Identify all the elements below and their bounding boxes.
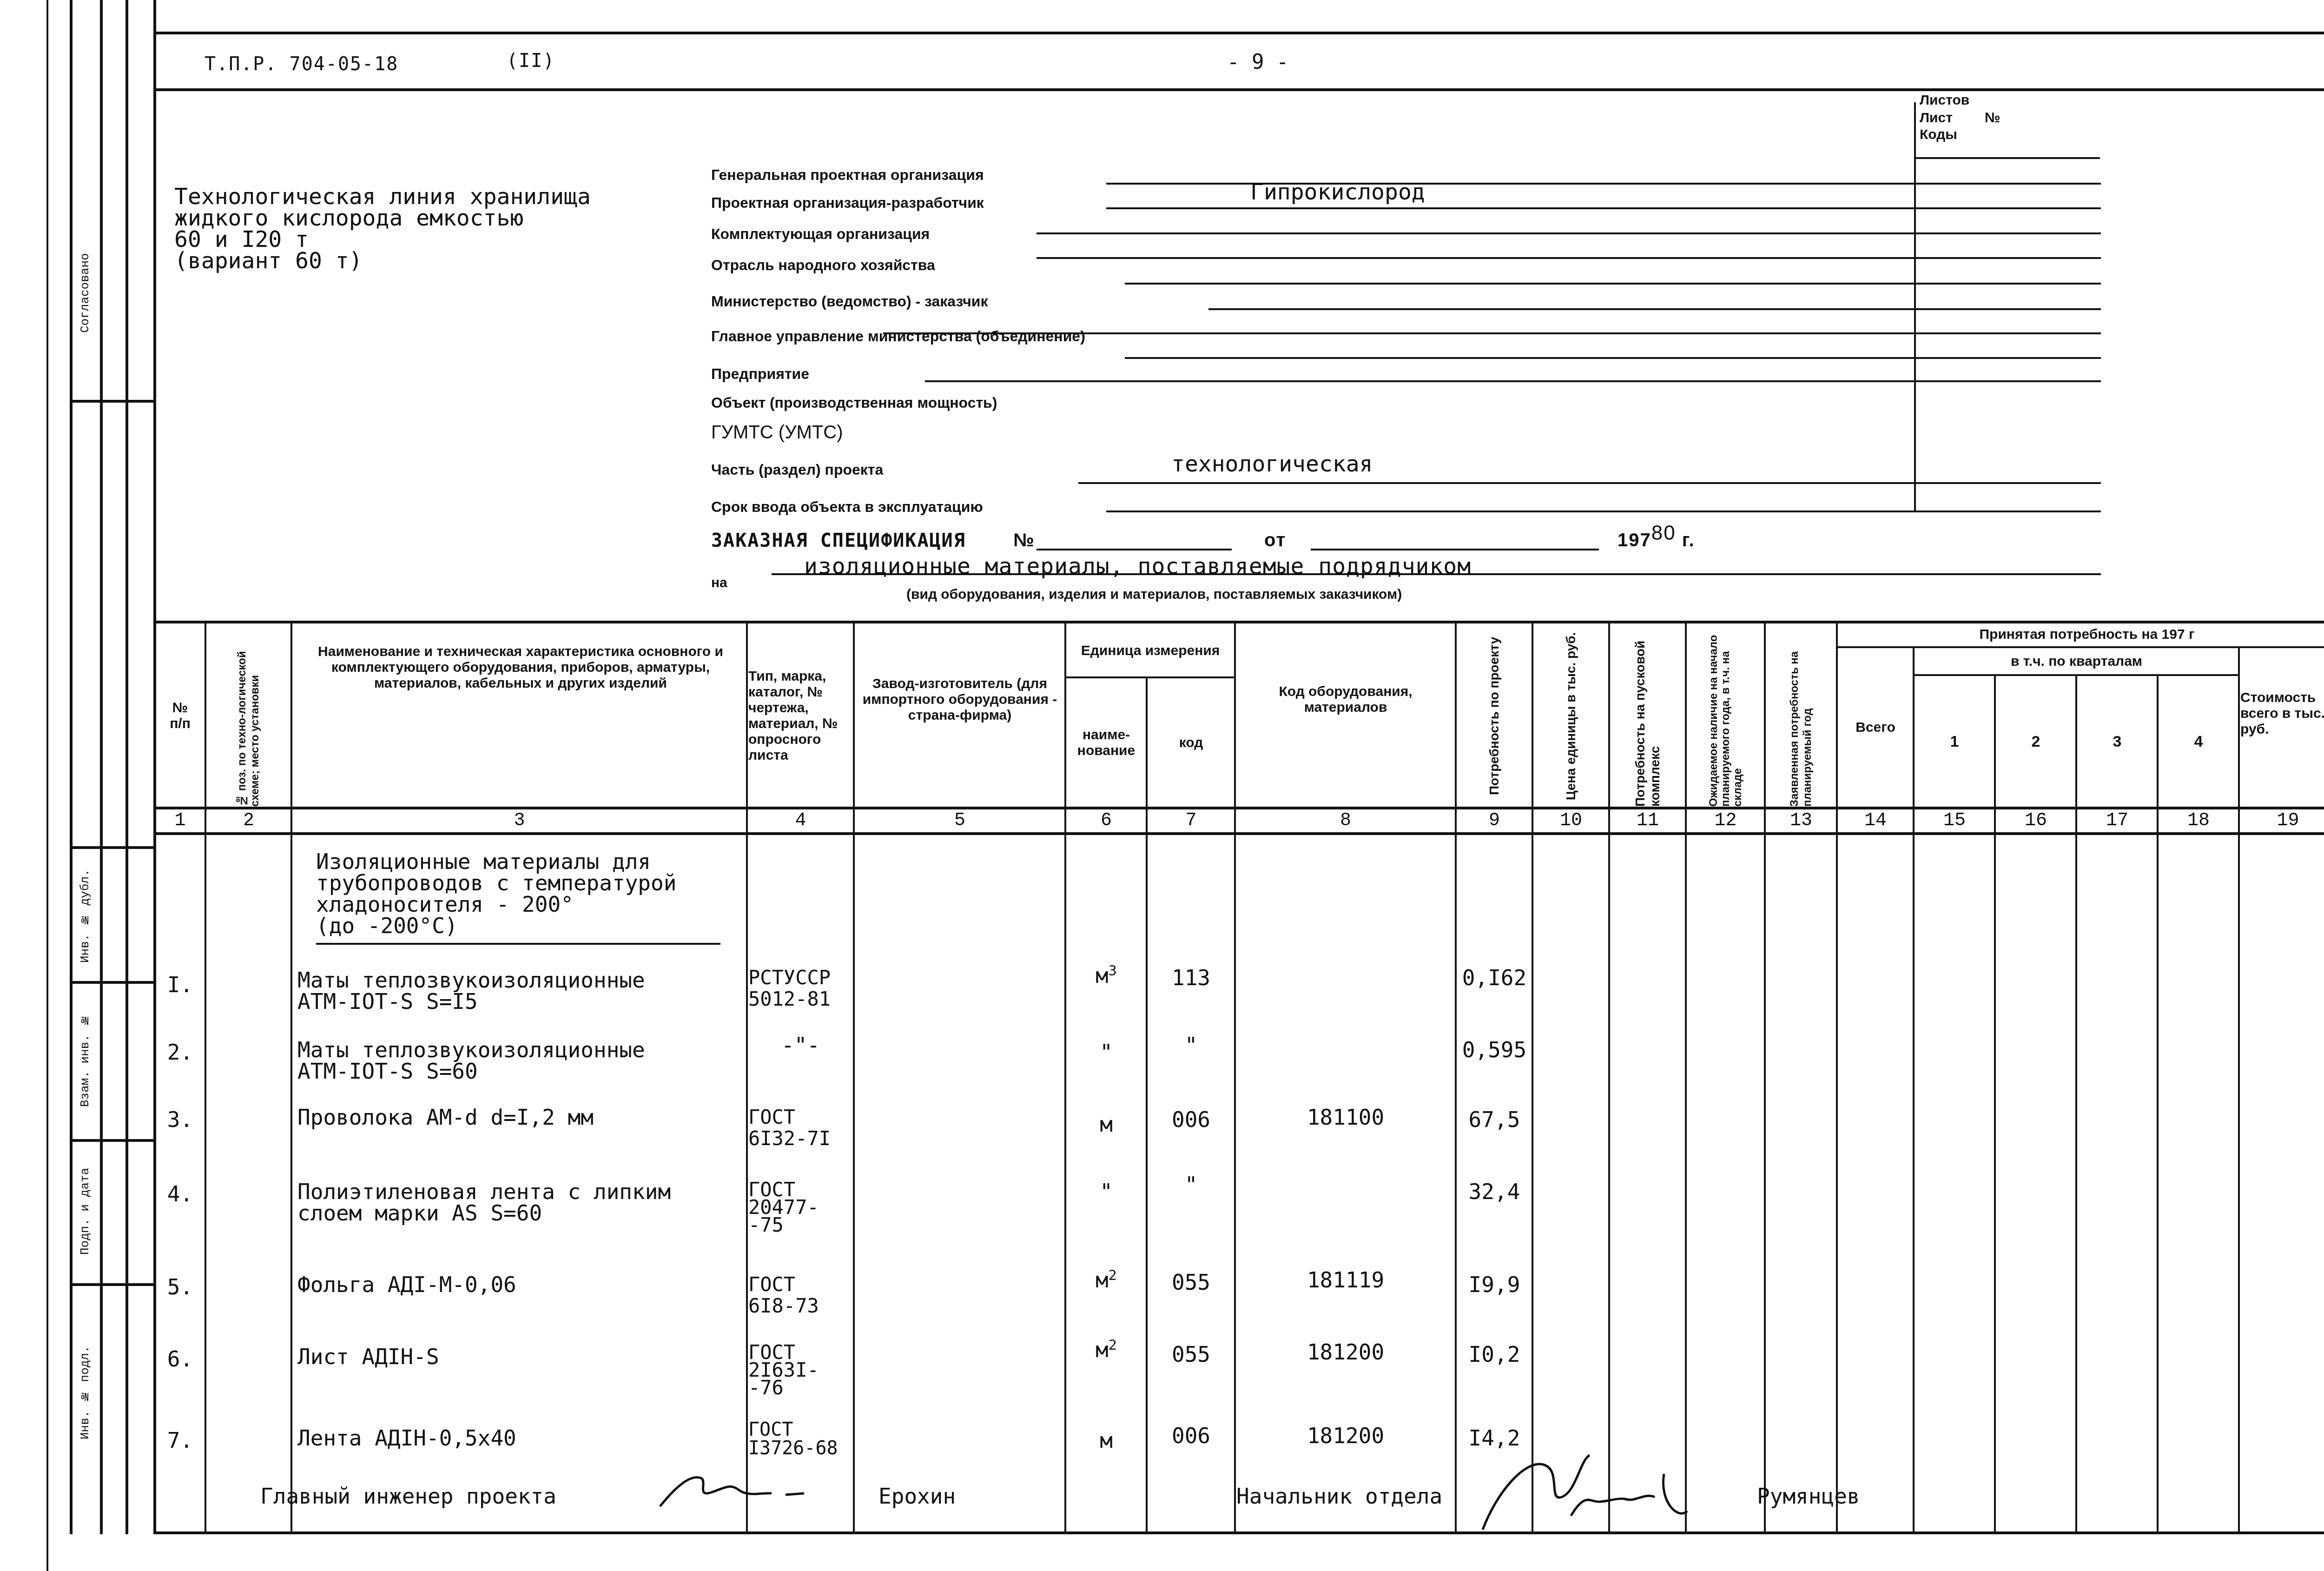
spec-subject: изоляционные материалы, поставляемые под… — [804, 553, 1471, 579]
colnum: 2 — [207, 808, 290, 834]
spec-year-suffix: 80 — [1651, 522, 1676, 544]
th-quarter-4: 4 — [2159, 676, 2238, 807]
th-material-code: Код оборудования, материалов — [1236, 625, 1455, 774]
row-unit: " — [1067, 1041, 1146, 1063]
row-name: Фольга АДI-М-0,06 — [297, 1274, 744, 1295]
colnum: 4 — [748, 808, 853, 834]
margin-divider — [70, 400, 153, 403]
colnum: 10 — [1534, 808, 1608, 834]
req-value-project-part: технологическая — [1171, 451, 1373, 477]
col-rule — [1532, 621, 1533, 1532]
col-rule — [1146, 676, 1148, 1532]
col-rule — [853, 621, 855, 1532]
spec-na-label: на — [711, 575, 727, 591]
margin-line — [125, 0, 128, 1534]
spec-subject-hint: (вид оборудования, изделия и материалов,… — [906, 587, 1402, 603]
req-line — [1106, 207, 2101, 209]
req-label-gumts: ГУМТС (УМТС) — [711, 422, 843, 443]
th-total-cost: Стоимость всего в тыс. руб. — [2240, 649, 2324, 779]
row-name: Лист АДIН-S — [297, 1346, 744, 1367]
col-rule — [2238, 646, 2240, 1532]
row-number: 6. — [156, 1348, 205, 1370]
row-unit: м — [1067, 1430, 1146, 1451]
th-total: Всего — [1838, 649, 1913, 807]
col-rule — [746, 621, 748, 1532]
sheet-box-line — [1914, 157, 2100, 159]
col-rule — [1455, 621, 1457, 1532]
row-unit: м2 — [1067, 1269, 1146, 1291]
margin-cell-original-inv: Инв. № подл. — [70, 1283, 100, 1502]
row-number: 7. — [156, 1430, 205, 1451]
colnum: 7 — [1148, 808, 1234, 834]
colnum: 5 — [855, 808, 1064, 834]
unit-name: " — [1100, 1040, 1113, 1065]
req-label-main-dept: Главное управление министерства (объедин… — [711, 328, 1085, 345]
sheet-number-sign: № — [1985, 111, 2000, 126]
codes-label: Коды — [1920, 127, 1957, 142]
col-rule — [1764, 621, 1766, 1532]
col-rule — [2157, 674, 2159, 1532]
margin-line — [46, 0, 48, 1571]
colnum: 13 — [1766, 808, 1836, 834]
row-type: РСТУССР 5012-81 — [748, 967, 853, 1010]
th-row-number: № п/п — [156, 625, 205, 807]
unit-power: 2 — [1109, 1267, 1117, 1284]
row-qty: 0,595 — [1457, 1039, 1532, 1061]
th-quarter-1: 1 — [1915, 676, 1994, 807]
colnum: 18 — [2159, 808, 2238, 834]
colnum: 19 — [2240, 808, 2324, 834]
col-rule — [290, 621, 292, 1532]
frame-bottom — [153, 1531, 2324, 1534]
row-number: 3. — [156, 1109, 205, 1130]
frame-top — [153, 32, 2324, 34]
row-qty: 0,I62 — [1457, 967, 1532, 988]
unit-name: м — [1100, 1428, 1113, 1453]
document-code: Т.П.Р. 704-05-18 — [205, 53, 398, 75]
row-unit-code: 055 — [1148, 1344, 1234, 1365]
req-label-completing-org: Комплектующая организация — [711, 225, 930, 243]
sheets-count-label: Листов — [1920, 93, 1969, 108]
unit-name: м — [1096, 1337, 1109, 1362]
th-unit-name: наиме-нование — [1067, 679, 1146, 807]
req-line — [925, 380, 2101, 382]
unit-group-rule — [1064, 676, 1234, 678]
req-line — [1106, 510, 2101, 512]
colnum: 6 — [1067, 808, 1146, 834]
th-manufacturer: Завод-изготовитель (для импортного обору… — [855, 625, 1064, 774]
chief-engineer-signature-icon — [651, 1465, 837, 1520]
row-material-code: 181200 — [1236, 1341, 1455, 1363]
th-quarter-2: 2 — [1996, 676, 2075, 807]
req-line — [1208, 308, 2101, 310]
section-heading: Изоляционные материалы для трубопроводов… — [316, 851, 734, 936]
row-unit-code: 006 — [1148, 1109, 1234, 1130]
req-line — [883, 332, 2101, 334]
row-unit: " — [1067, 1181, 1146, 1202]
th-unit-price: Цена единицы в тыс. руб. — [1534, 625, 1608, 807]
spec-subject-line — [772, 573, 2101, 575]
row-unit-code: " — [1148, 1034, 1234, 1056]
row-name: Маты теплозвукоизоляционные АТМ-IOT-S S=… — [297, 969, 744, 1012]
sheet-box-divider — [1914, 102, 1916, 511]
req-line — [1125, 283, 2101, 285]
unit-name: м — [1100, 1112, 1113, 1137]
row-qty: I0,2 — [1457, 1344, 1532, 1365]
margin-divider — [70, 981, 153, 984]
col-rule — [1064, 621, 1066, 1532]
req-label-general-org: Генеральная проектная организация — [711, 166, 984, 184]
row-number: 5. — [156, 1276, 205, 1298]
row-name: Полиэтиленовая лента с липким слоем марк… — [297, 1181, 744, 1224]
spec-number-field[interactable] — [1037, 549, 1232, 550]
req-line — [1125, 357, 2101, 359]
margin-cell-replaced-inv: Взам. инв. № — [70, 981, 100, 1139]
document-title: Технологическая линия хранилища жидкого … — [174, 186, 591, 272]
row-qty: 67,5 — [1457, 1109, 1532, 1130]
colnum: 1 — [156, 808, 205, 834]
colnum: 8 — [1236, 808, 1455, 834]
section-heading-underline — [316, 943, 720, 945]
req-label-ministry: Министерство (ведомство) - заказчик — [711, 293, 988, 310]
dept-head-signature-icon — [1469, 1446, 1748, 1534]
colnum: 17 — [2078, 808, 2157, 834]
row-name: Проволока АМ-d d=I,2 мм — [297, 1107, 744, 1128]
chief-engineer-label: Главный инженер проекта — [260, 1485, 556, 1507]
spec-number-sign: № — [1013, 530, 1035, 551]
col-rule — [1608, 621, 1610, 1532]
unit-power: 3 — [1109, 963, 1117, 979]
th-accepted-group: Принятая потребность на 197 г — [1838, 623, 2324, 646]
th-unit-code: код — [1148, 679, 1234, 807]
row-material-code: 181200 — [1236, 1425, 1455, 1446]
row-unit-code: 055 — [1148, 1272, 1234, 1293]
colnum: 3 — [293, 808, 746, 834]
col-rule — [205, 621, 206, 1532]
th-startup-need: Потребность на пусковой комплекс — [1611, 625, 1685, 807]
spec-year-unit: г. — [1682, 530, 1695, 550]
spec-title: ЗАКАЗНАЯ СПЕЦИФИКАЦИЯ — [711, 530, 966, 551]
spec-from-label: от — [1264, 530, 1286, 551]
th-name: Наименование и техническая характеристик… — [297, 625, 744, 793]
row-material-code: 181119 — [1236, 1269, 1455, 1291]
row-material-code: 181100 — [1236, 1107, 1455, 1128]
th-expected-stock: Ожидаемое наличие на начало планируемого… — [1687, 625, 1764, 807]
req-line — [1037, 232, 2101, 234]
req-label-enterprise: Предприятие — [711, 365, 809, 383]
row-unit-code: 006 — [1148, 1425, 1234, 1446]
spec-year-prefix: 197 — [1618, 530, 1651, 550]
document-mark: (II) — [507, 50, 555, 72]
row-type: ГОСТ 2I63I- -76 — [748, 1344, 853, 1397]
row-unit-code: " — [1148, 1174, 1234, 1195]
sheet-label: Лист — [1920, 111, 1953, 126]
row-qty: I9,9 — [1457, 1274, 1532, 1295]
spec-year: 19780 г. — [1618, 530, 1695, 551]
chief-engineer-name: Ерохин — [878, 1485, 956, 1507]
margin-divider — [70, 846, 153, 849]
req-label-object: Объект (производственная мощность) — [711, 394, 997, 411]
row-number: I. — [156, 974, 205, 995]
page-number: - 9 - — [1227, 50, 1288, 74]
row-type: ГОСТ 6I32-7I — [748, 1107, 853, 1149]
dept-head-name: Румянцев — [1757, 1485, 1860, 1507]
colnum: 15 — [1915, 808, 1994, 834]
unit-power: 2 — [1109, 1337, 1117, 1353]
req-label-commissioning: Срок ввода объекта в эксплуатацию — [711, 498, 983, 516]
colnum: 16 — [1996, 808, 2075, 834]
req-line — [1078, 482, 2101, 484]
margin-label-agreed: Согласовано — [70, 195, 100, 391]
row-number: 2. — [156, 1041, 205, 1063]
col-rule — [1685, 621, 1687, 1532]
accepted-group-rule — [1836, 646, 2324, 648]
row-unit: м — [1067, 1114, 1146, 1135]
frame-header-bottom — [153, 88, 2324, 91]
row-name: Лента АДIН-0,5x40 — [297, 1427, 744, 1449]
row-name: Маты теплозвукоизоляционные АТМ-IOT-S S=… — [297, 1039, 744, 1082]
margin-divider — [70, 1139, 153, 1142]
th-project-need: Потребность по проекту — [1457, 625, 1532, 807]
margin-cell-signature-date: Подп. и дата — [70, 1139, 100, 1283]
th-type: Тип, марка, каталог, № чертежа, материал… — [748, 625, 853, 807]
row-number: 4. — [156, 1183, 205, 1205]
th-quarters-group: в т.ч. по кварталам — [1915, 649, 2238, 674]
col-rule — [1836, 621, 1838, 1532]
row-unit: м3 — [1067, 965, 1146, 986]
row-type: ГОСТ 20477- -75 — [748, 1181, 853, 1234]
th-unit-group: Единица измерения — [1067, 625, 1234, 676]
margin-cell-duplicate-inv: Инв. № дубл. — [70, 851, 100, 981]
row-type: ГОСТ I3726-68 — [748, 1420, 853, 1458]
th-declared-need: Заявленная потребность на планируемый го… — [1766, 625, 1836, 807]
col-rule — [1234, 621, 1236, 1532]
th-quarter-3: 3 — [2078, 676, 2157, 807]
unit-name: м — [1096, 1267, 1109, 1293]
margin-divider — [70, 1283, 153, 1286]
row-qty: 32,4 — [1457, 1181, 1532, 1202]
unit-name: м — [1096, 963, 1109, 988]
colnum: 9 — [1457, 808, 1532, 834]
col-rule — [2075, 674, 2077, 1532]
req-label-industry: Отрасль народного хозяйства — [711, 257, 935, 274]
colnum: 12 — [1687, 808, 1764, 834]
row-unit: м2 — [1067, 1339, 1146, 1360]
spec-date-field[interactable] — [1311, 549, 1599, 550]
row-type: -"- — [748, 1034, 853, 1056]
colnum: 11 — [1611, 808, 1685, 834]
req-label-project-part: Часть (раздел) проекта — [711, 461, 883, 478]
margin-line — [100, 0, 103, 1534]
req-value-developer-org: Гипрокислород — [1250, 179, 1425, 205]
req-line — [1037, 257, 2101, 259]
th-position: № поз. по техно-логической схеме; место … — [207, 625, 290, 807]
req-label-developer-org: Проектная организация-разработчик — [711, 194, 984, 212]
col-rule — [1913, 646, 1915, 1532]
col-rule — [1994, 674, 1996, 1532]
row-type: ГОСТ 6I8-73 — [748, 1274, 853, 1317]
dept-head-label: Начальник отдела — [1236, 1485, 1442, 1507]
unit-name: " — [1100, 1179, 1113, 1204]
colnum: 14 — [1838, 808, 1913, 834]
row-unit-code: 113 — [1148, 967, 1234, 988]
